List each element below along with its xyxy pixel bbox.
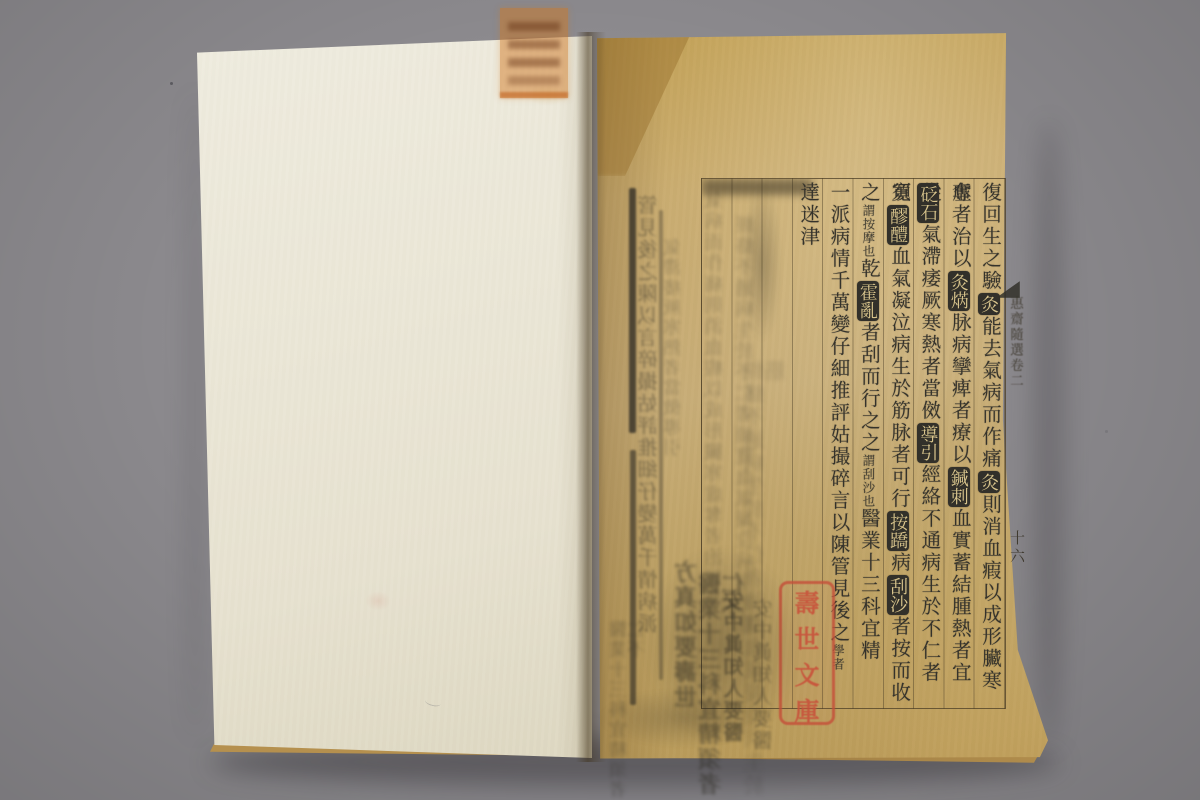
text-segment: 一派病情千萬變仔細推評姑撮碎言以陳管見後之 xyxy=(828,182,849,644)
reversed-cartouche-text: 灸 xyxy=(978,471,1000,493)
photo-of-woodblock-printed-book: { "colors": { "background_gray": "#8c8a8… xyxy=(0,0,1200,800)
reversed-cartouche-text: 砭石 xyxy=(917,183,939,223)
stamp-blurred-text-row xyxy=(508,76,560,85)
reversed-cartouche-text: 灸焫 xyxy=(948,271,970,311)
text-segment: 者刮而行之之 xyxy=(858,322,879,454)
dust-speck xyxy=(170,82,173,85)
text-segment: 病 xyxy=(888,552,909,574)
text-segment: 血氣凝泣病生於筋脉者可行 xyxy=(888,246,909,510)
text-segment: 寛 xyxy=(888,182,909,204)
reversed-cartouche-text: 按蹻 xyxy=(887,511,909,551)
text-segment: 謂按摩也 xyxy=(861,204,875,258)
ink-streak xyxy=(630,450,636,705)
text-segment: 乾 xyxy=(858,258,879,280)
gutter-shadow xyxy=(576,32,606,762)
text-segment: 能去氣病而作痛 xyxy=(979,316,1000,470)
text-segment: 者按而收 xyxy=(888,616,909,704)
text-segment: 之 xyxy=(858,182,879,204)
text-segment: 復回生之驗 xyxy=(979,182,1000,292)
text-column: 砭石氣滯痿厥寒熱者當傚導引經絡不通病生於不仁者須 xyxy=(914,182,943,705)
text-column: 奪者治以灸焫脉病攣痺者療以鍼刺血實蓄結腫熱者宜從 xyxy=(945,182,974,705)
book-right-shadow xyxy=(1032,120,1066,750)
reversed-cartouche-text: 鍼刺 xyxy=(948,467,970,507)
ink-blot xyxy=(596,688,771,748)
text-column: 復回生之驗灸能去氣病而作痛灸則消血瘕以成形臟寒虛 xyxy=(975,182,1004,705)
reversed-cartouche-text: 刮沙 xyxy=(887,575,909,615)
reversed-cartouche-text: 灸 xyxy=(978,293,1000,315)
ink-streak xyxy=(629,188,636,433)
faint-pencil-mark xyxy=(424,696,441,708)
text-segment: 達迷津 xyxy=(797,182,818,248)
paper-fiber-texture xyxy=(197,36,592,758)
foxing-spot xyxy=(365,591,391,611)
dust-speck xyxy=(1105,430,1108,433)
reversed-cartouche-text: 霍亂 xyxy=(857,281,879,321)
text-segment: 氣滯痿厥寒熱者當傚 xyxy=(918,224,939,422)
stamp-blurred-text-row xyxy=(508,40,560,49)
folio-number: 十六 xyxy=(1006,530,1027,566)
stamp-blurred-text-row xyxy=(508,22,560,31)
reversed-cartouche-text: 導引 xyxy=(917,423,939,463)
text-column: 寛醪醴血氣凝泣病生於筋脉者可行按蹻病刮沙者按而收 xyxy=(884,182,913,705)
text-column: 之謂按摩也乾霍亂者刮而行之之謂刮沙也醫業十三科宜精 xyxy=(854,182,883,705)
ink-blot xyxy=(742,180,782,345)
edge-stamp xyxy=(500,8,568,98)
stamp-edge-line xyxy=(500,92,568,98)
stamp-blurred-text-row xyxy=(508,58,560,67)
text-segment: 奪者治以 xyxy=(949,182,970,270)
banxin-column: 惠齋隨選卷二 十六 xyxy=(1003,178,1027,707)
left-page xyxy=(197,36,592,758)
text-segment: 醫業十三科宜精 xyxy=(858,508,879,662)
text-segment: 脉病攣痺者療以 xyxy=(949,312,970,466)
reversed-cartouche-text: 醪醴 xyxy=(887,205,909,245)
text-segment: 謂刮沙也 xyxy=(861,454,875,508)
banxin-title: 惠齋隨選卷二 xyxy=(1005,296,1025,389)
